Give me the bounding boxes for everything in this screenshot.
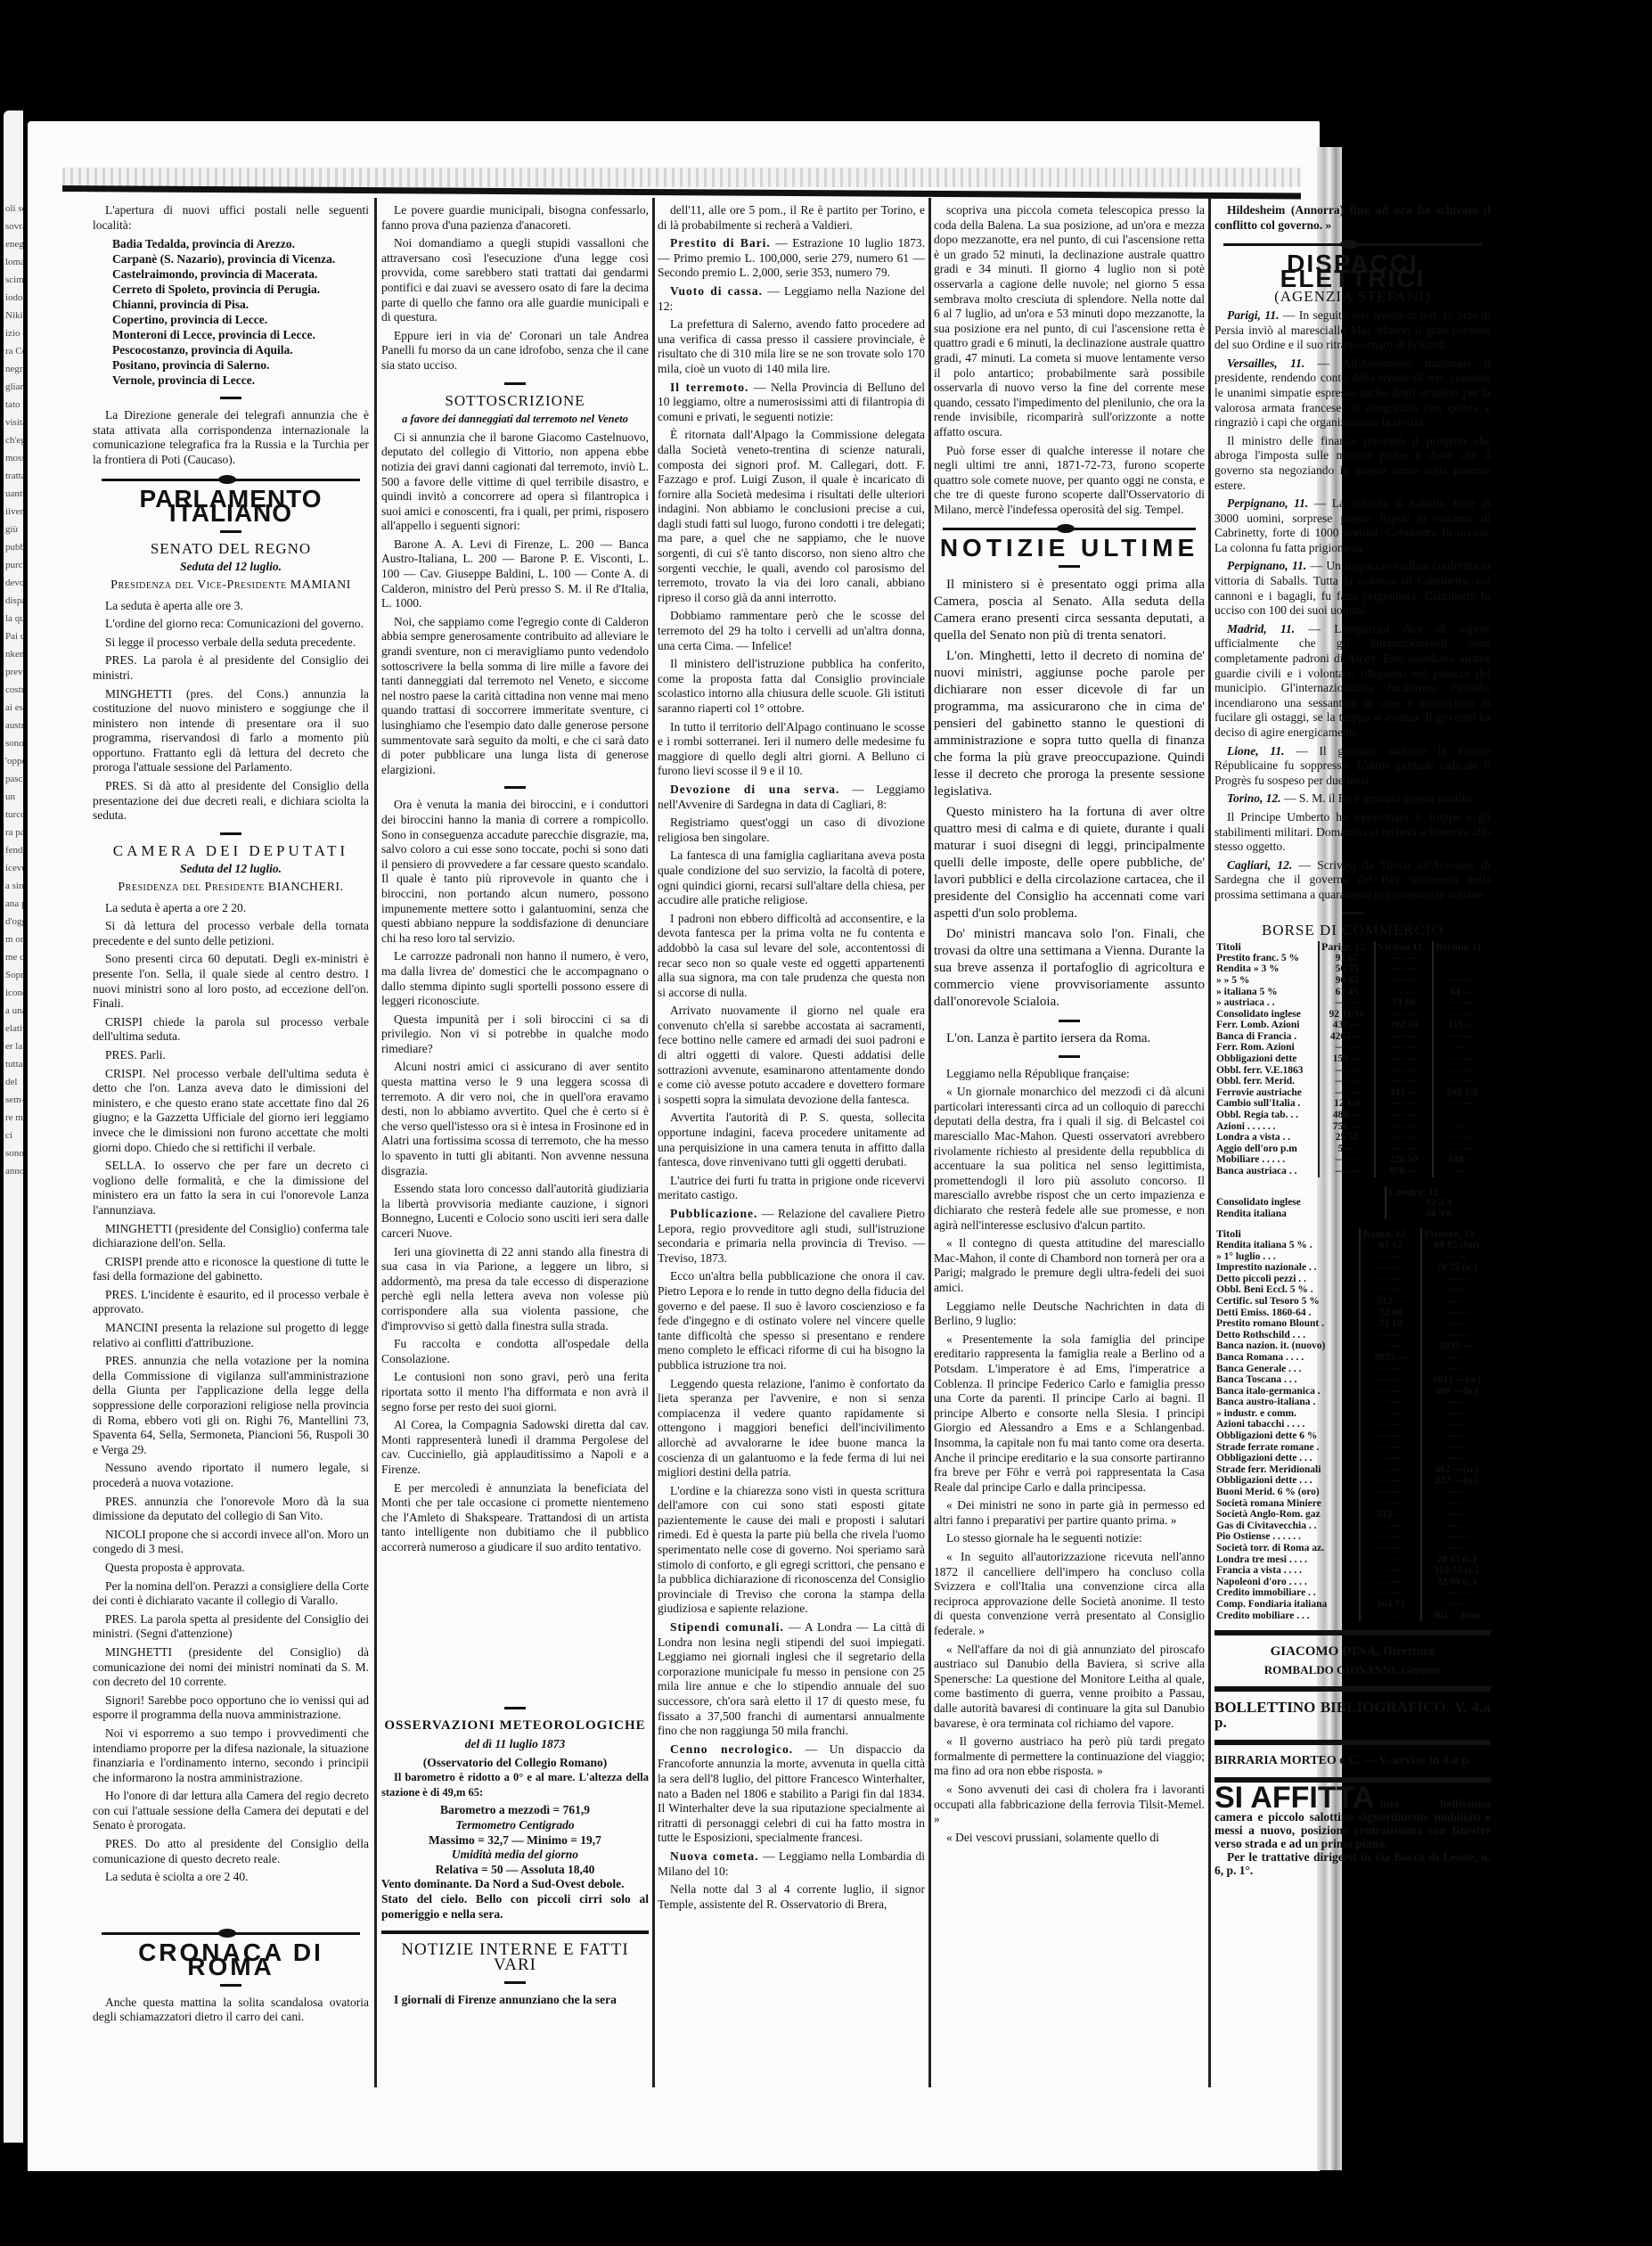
quote-value: — —: [1433, 997, 1491, 1009]
dispatch: Cagliari, 12. — Scrivesi da Tunisi all'A…: [1214, 858, 1491, 903]
news-item: L'ordine e la chiarezza sono visti in qu…: [658, 1484, 925, 1617]
bollettino-notice: BOLLETTINO BIBLIOGRAFICO. V. 4.a p.: [1214, 1701, 1491, 1730]
table-row: Strade ferr. Meridionali— —462 —(n.): [1214, 1464, 1491, 1476]
table-row: Detto Rothschild . . .— —— —: [1214, 1330, 1491, 1341]
security-name: Buoni Merid. 6 % (oro): [1214, 1487, 1360, 1498]
dispatch: Torino, 12. — S. M. il Re è arrivato que…: [1214, 791, 1491, 807]
security-name: Rendita italiana 5 % .: [1214, 1240, 1360, 1251]
heavy-rule: [1214, 1740, 1491, 1745]
dispacci-agency: (AGENZIA STEFANI): [1214, 290, 1491, 305]
paragraph: Ci si annunzia che il barone Giacomo Cas…: [381, 430, 649, 534]
quote-value: — —: [1421, 1274, 1491, 1285]
postal-office-item: Castelraimondo, provincia di Macerata.: [112, 266, 369, 282]
separator: [220, 530, 241, 533]
table-row: Rendita italiana 5 % .67 6269 85 (fm): [1214, 1240, 1491, 1251]
camera-paragraph: La seduta è aperta a ore 2 20.: [93, 901, 369, 916]
news-paragraph: Al Corea, la Compagnia Sadowski diretta …: [381, 1418, 649, 1477]
quote-value: — —: [1421, 1352, 1491, 1364]
quote-value: — —: [1433, 1143, 1491, 1155]
table-row: Mobiliare . . . . .— —220 50188 —: [1214, 1154, 1491, 1166]
quote-value: 12 1/4: [1319, 1098, 1375, 1110]
security-name: Società romana Miniere: [1214, 1498, 1360, 1510]
security-name: Banca austriaca . .: [1214, 1166, 1319, 1177]
item-lead: Pubblicazione.: [670, 1207, 757, 1220]
table-row: Francia a vista . . . .— —112 75 (c.): [1214, 1565, 1491, 1577]
security-name: Cambio sull'Italia .: [1214, 1098, 1319, 1110]
security-name: Strade ferrate romane .: [1214, 1442, 1360, 1454]
camera-paragraph: La seduta è sciolta a ore 2 40.: [93, 1870, 369, 1885]
camera-paragraph: CRISPI. Nel processo verbale dell'ultima…: [93, 1067, 369, 1156]
table-row: Azioni tabacchi . . . .— —— —: [1214, 1419, 1491, 1430]
quote-value: — —: [1375, 1009, 1433, 1021]
quote-value: 515 —: [1360, 1509, 1421, 1521]
heavy-rule: [1214, 1686, 1491, 1692]
dispatch: Il ministro delle finanze presentò il pr…: [1214, 434, 1491, 493]
quote-value: — —: [1319, 1154, 1375, 1166]
table-row: Credito mobiliare . . .— —961 —(fm): [1214, 1611, 1491, 1622]
table-header: Titoli: [1214, 1228, 1360, 1240]
camera-paragraph: Per la nomina dell'on. Perazzi a consigl…: [93, 1579, 369, 1609]
dispatch: Versailles, 11. — All'Assemblea nazional…: [1214, 357, 1491, 430]
quote-value: — —: [1421, 1408, 1491, 1420]
security-name: Azioni tabacchi . . . .: [1214, 1419, 1360, 1430]
quote-value: — —: [1375, 1065, 1433, 1077]
item-lead: Prestito di Bari.: [670, 236, 771, 250]
table-row: Banca austriaca . .— —976 ——: [1214, 1166, 1491, 1177]
senato-paragraph: Si legge il processo verbale della sedut…: [93, 635, 369, 651]
quote-value: — —: [1421, 1251, 1491, 1263]
quote-value: — —: [1319, 1076, 1375, 1087]
security-name: Banca nazion. it. (nuovo): [1214, 1340, 1360, 1352]
quote-value: — —: [1360, 1340, 1421, 1352]
quote-value: — —: [1360, 1274, 1421, 1285]
separator: [1059, 565, 1080, 568]
sottoscrizione-article: Ci si annunzia che il barone Giacomo Cas…: [381, 430, 649, 778]
paragraph: Leggiamo nelle Deutsche Nachrichten in d…: [934, 1299, 1205, 1329]
quote-value: — —: [1421, 1587, 1491, 1599]
security-name: Consolidato inglese: [1214, 1009, 1319, 1021]
notizie-ultime-text: Il ministero si è presentato oggi prima …: [934, 577, 1205, 1011]
news-item: Vuoto di cassa. — Leggiamo nella Nazione…: [658, 284, 925, 314]
separator: [220, 1984, 241, 1987]
senato-paragraph: PRES. La parola è al presidente del Cons…: [93, 653, 369, 683]
table-row: Pio Ostiense . . . . . .— —— —: [1214, 1531, 1491, 1543]
news-items: dell'11, alle ore 5 pom., il Re è partit…: [658, 203, 925, 1912]
quote-value: — —: [1319, 1166, 1375, 1177]
quote-value: — —: [1375, 987, 1433, 998]
quote-value: 72 90: [1360, 1307, 1421, 1319]
quote-value: — —: [1375, 1110, 1433, 1121]
table-row: Banca italo-germanica .— —490 —(n.): [1214, 1386, 1491, 1398]
dispatch: Il Principe Umberto ha ispezionato le tr…: [1214, 810, 1491, 855]
parlamento-heading: PARLAMENTO ITALIANO: [93, 492, 369, 521]
separator: [220, 832, 241, 835]
affitta-advertisement: SI AFFITTAuna bellissima camera e piccol…: [1214, 1791, 1491, 1877]
quote-value: 480 —: [1319, 1110, 1375, 1121]
table-row: Napoleoni d'oro . . . .— —22 80 (c.): [1214, 1577, 1491, 1588]
camera-paragraph: Ho l'onore di dar lettura alla Camera de…: [93, 1789, 369, 1833]
security-name: Comp. Fondiaria italiana: [1214, 1599, 1360, 1611]
security-name: Londra a vista . .: [1214, 1132, 1319, 1143]
table-row: Ferrovie austriache— —343 —203 1/2: [1214, 1087, 1491, 1099]
quote-value: 220 50: [1375, 1154, 1433, 1166]
quote-value: — —: [1433, 1132, 1491, 1143]
news-item: L'autrice dei furti fu tratta in prigion…: [658, 1174, 925, 1203]
news-item: Nella notte dal 3 al 4 corrente luglio, …: [658, 1882, 925, 1912]
table-row: » italiana 5 %61 45— —61 —: [1214, 987, 1491, 998]
camera-paragraph: NICOLI propone che si accordi invece all…: [93, 1528, 369, 1557]
security-name: Obbligazioni dette: [1214, 1053, 1319, 1065]
birraria-notice: BIRRARIA MORTEO e C. — V. avviso in 4.a …: [1214, 1754, 1491, 1769]
quote-value: — —: [1375, 1098, 1433, 1110]
postal-offices-intro: L'apertura di nuovi uffici postali nelle…: [93, 203, 369, 233]
security-name: Ferr. Lomb. Azioni: [1214, 1020, 1319, 1031]
news-item: Stipendi comunali. — A Londra — La città…: [658, 1620, 925, 1739]
quote-value: — —: [1360, 1251, 1421, 1263]
security-name: Consolidato inglese: [1214, 1197, 1386, 1209]
security-name: Detti Emiss. 1860-64 .: [1214, 1307, 1360, 1319]
dispatch: Parigi, 11. — In seguito alla rivista di…: [1214, 308, 1491, 353]
camera-paragraph: PRES. annunzia che nella votazione per l…: [93, 1354, 369, 1457]
paragraph: « In seguito all'autorizzazione ricevuta…: [934, 1550, 1205, 1639]
table-row: Consolidato inglese92 11/16— —— —: [1214, 1009, 1491, 1021]
dispatch-dateline: Madrid, 11.: [1227, 622, 1295, 635]
deutsche-nachrichten-article: Leggiamo nelle Deutsche Nachrichten in d…: [934, 1299, 1205, 1846]
cronaca-text: Anche questa mattina la solita scandalos…: [93, 1996, 369, 2025]
paragraph: Noi, che sappiamo come l'egregio conte d…: [381, 615, 649, 778]
news-paragraph: Le carrozze padronali non hanno il numer…: [381, 949, 649, 1008]
news-item: I padroni non ebbero difficoltà ad accon…: [658, 912, 925, 1001]
quote-value: 69 85 (fm): [1421, 1240, 1491, 1251]
news-item: In tutto il territorio dell'Alpago conti…: [658, 720, 925, 779]
table-row: Credito immobiliare . .— —— —: [1214, 1587, 1491, 1599]
news-paragraph: Le contusioni non sono gravi, però una f…: [381, 1370, 649, 1414]
table-row: Rendita italiana60 3/8: [1214, 1209, 1491, 1220]
table-header: Titoli: [1214, 941, 1319, 953]
quote-value: — —: [1375, 953, 1433, 964]
camera-paragraph: Signori! Sarebbe poco opportuno che io v…: [93, 1693, 369, 1723]
sky-reading: Stato del cielo. Bello con piccoli cirri…: [381, 1892, 649, 1922]
security-name: Credito mobiliare . . .: [1214, 1611, 1360, 1622]
meteo-heading: OSSERVAZIONI METEOROLOGICHE: [381, 1718, 649, 1734]
dispatch-dateline: Perpignano, 11.: [1227, 559, 1306, 572]
news-item: Leggendo questa relazione, l'animo è con…: [658, 1377, 925, 1480]
paragraph: Do' ministri mancava solo l'on. Finali, …: [934, 926, 1205, 1011]
quote-value: — —: [1421, 1487, 1491, 1498]
quote-value: — —: [1421, 1453, 1491, 1464]
quote-value: — —: [1360, 1577, 1421, 1588]
quote-value: — —: [1421, 1307, 1491, 1319]
quote-value: — —: [1360, 1487, 1421, 1498]
quote-value: 188 —: [1433, 1154, 1491, 1166]
news-item: Devozione di una serva. — Leggiamo nell'…: [658, 783, 925, 812]
table-row: Società Anglo-Rom. gaz515 —— —: [1214, 1509, 1491, 1521]
table-row: Banca Toscana . . .— —1645 —(n.): [1214, 1374, 1491, 1386]
table-header: [1214, 1186, 1386, 1198]
london-quotes-table: Londra, 11Consolidato inglese92 3/4Rendi…: [1214, 1186, 1491, 1220]
quote-value: 976 —: [1375, 1166, 1433, 1177]
affitta-heading: SI AFFITTA: [1214, 1791, 1374, 1805]
quote-value: 159 —: [1319, 1053, 1375, 1065]
paragraph: Noi domandiamo a quegli stupidi vassallo…: [381, 236, 649, 325]
senato-presidency: Presidenza del Vice-Presidente MAMIANI: [93, 578, 369, 594]
item-lead: Nuova cometa.: [670, 1849, 759, 1863]
security-name: Rendita » 3 %: [1214, 963, 1319, 975]
quote-value: 92 11/16: [1319, 1009, 1375, 1021]
paragraph: « Dei ministri ne sono in parte già in p…: [934, 1498, 1205, 1528]
quote-value: — —: [1360, 1587, 1421, 1599]
quote-value: — —: [1421, 1419, 1491, 1430]
quote-value: — —: [1421, 1521, 1491, 1532]
paragraph: Barone A. A. Levi di Firenze, L. 200 — B…: [381, 537, 649, 611]
quote-value: 61 —: [1433, 987, 1491, 998]
security-name: Prestito franc. 5 %: [1214, 953, 1319, 964]
security-name: Banca italo-germanica .: [1214, 1386, 1360, 1398]
quote-value: — —: [1433, 1065, 1491, 1077]
thermometer-reading: Massimo = 32,7 — Minimo = 19,7: [381, 1833, 649, 1848]
table-row: Detto piccoli pezzi . .— —— —: [1214, 1274, 1491, 1285]
news-paragraph: Essendo stata loro concesso dall'autorit…: [381, 1182, 649, 1241]
senato-paragraph: L'ordine del giorno reca: Comunicazioni …: [93, 617, 369, 632]
previous-page-edge: oli sonosovraneenegrinolomaticoscimentoi…: [4, 111, 23, 2143]
quote-value: — —: [1360, 1453, 1421, 1464]
security-name: Francia a vista . . . .: [1214, 1565, 1360, 1577]
security-name: » industr. e comm.: [1214, 1408, 1360, 1420]
quote-value: 2035 —: [1360, 1352, 1421, 1364]
camera-paragraph: Questa proposta è approvata.: [93, 1561, 369, 1576]
table-row: Obbligazioni dette159 —— —— —: [1214, 1053, 1491, 1065]
ornamental-rule: [943, 528, 1196, 530]
table-row: Azioni . . . . . .756 —— ——: [1214, 1121, 1491, 1133]
quote-value: — —: [1421, 1430, 1491, 1442]
news-item: Arrivato nuovamente il giorno nel quale …: [658, 1004, 925, 1107]
postal-office-item: Cerreto di Spoleto, provincia di Perugia…: [112, 282, 369, 297]
camera-paragraph: PRES. La parola spetta al presidente del…: [93, 1612, 369, 1642]
news-paragraph: Alcuni nostri amici ci assicurano di ave…: [381, 1060, 649, 1178]
column-rule: [1208, 198, 1211, 2087]
table-row: Prestito romano Blount .71 10— —: [1214, 1318, 1491, 1330]
borse-heading: BORSE DI COMMERCIO: [1214, 923, 1491, 939]
camera-report: La seduta è aperta a ore 2 20.Si dà lett…: [93, 901, 369, 1922]
table-row: Obbl. ferr. Merid.— —— —— —: [1214, 1076, 1491, 1087]
senato-paragraph: La seduta è aperta alle ore 3.: [93, 599, 369, 614]
postal-office-item: Positano, provincia di Salerno.: [112, 357, 369, 373]
paragraph: « Il governo austriaco ha però più tardi…: [934, 1734, 1205, 1779]
header-remnant-band: [62, 168, 1301, 187]
table-row: Gas di Civitavecchia . .— —— —: [1214, 1521, 1491, 1532]
item-lead: Il terremoto.: [670, 381, 748, 394]
quote-value: — —: [1421, 1296, 1491, 1307]
senato-heading: SENATO DEL REGNO: [93, 542, 369, 557]
camera-paragraph: PRES. Do atto al presidente del Consigli…: [93, 1837, 369, 1866]
paragraph: « Nell'affare da noi di già annunziato d…: [934, 1643, 1205, 1732]
column-2: Le povere guardie municipali, bisogna co…: [381, 203, 649, 2084]
table-row: Londra a vista . .25 52— —— —: [1214, 1132, 1491, 1143]
item-lead: Vuoto di cassa.: [670, 284, 763, 298]
postal-office-item: Pescocostanzo, provincia di Aquila.: [112, 342, 369, 357]
quote-value: 92 3/4: [1386, 1197, 1491, 1209]
paragraph: L'on. Minghetti, letto il decreto di nom…: [934, 648, 1205, 800]
separator: [1342, 912, 1363, 914]
separator: [504, 1981, 526, 1984]
camera-paragraph: MANCINI presenta la relazione sul proget…: [93, 1321, 369, 1350]
quote-value: — —: [1360, 1419, 1421, 1430]
humidity-label: Umidità media del giorno: [381, 1848, 649, 1863]
republique-article: Leggiamo nella République française:« Un…: [934, 1067, 1205, 1296]
quote-value: — —: [1360, 1330, 1421, 1341]
affitta-contact: Per le trattative dirigersi in via Bocca…: [1214, 1850, 1491, 1877]
notizie-ultime-heading: NOTIZIE ULTIME: [934, 541, 1205, 556]
barometer-reading: Barometro a mezzodì = 761,9: [381, 1803, 649, 1818]
security-name: Obbligazioni dette . . .: [1214, 1475, 1360, 1487]
security-name: Strade ferr. Meridionali: [1214, 1464, 1360, 1476]
dispatch: Lione, 11. — Il giornale radicale la Fra…: [1214, 744, 1491, 789]
news-item: Dobbiamo rammentare però che le scosse d…: [658, 609, 925, 653]
table-header: Parigi, 12: [1319, 941, 1375, 953]
paragraph: « Il contegno di questa attitudine del m…: [934, 1236, 1205, 1295]
table-header: Firenze, 12: [1421, 1228, 1491, 1240]
quote-value: — —: [1360, 1442, 1421, 1454]
news-item: Pubblicazione. — Relazione del cavaliere…: [658, 1207, 925, 1266]
quote-value: — —: [1375, 1132, 1433, 1143]
camera-date: Seduta del 12 luglio.: [93, 862, 369, 877]
paragraph: Lo stesso giornale ha le seguenti notizi…: [934, 1531, 1205, 1546]
table-row: Obbligazioni dette . . .— —232 —(n.): [1214, 1475, 1491, 1487]
paragraph: « Dei vescovi prussiani, solamente quell…: [934, 1831, 1205, 1846]
meteo-date: del dì 11 luglio 1873: [381, 1737, 649, 1752]
quote-value: 2035 —: [1421, 1340, 1491, 1352]
quote-value: — —: [1360, 1430, 1421, 1442]
quote-value: 961 —(fm): [1421, 1611, 1491, 1622]
camera-paragraph: Sono presenti circa 60 deputati. Degli e…: [93, 952, 369, 1011]
security-name: Obbl. ferr. Merid.: [1214, 1076, 1319, 1087]
quote-value: — —: [1433, 1076, 1491, 1087]
paragraph: Questo ministero ha la fortuna di aver o…: [934, 804, 1205, 922]
postal-office-item: Vernole, provincia di Lecce.: [112, 373, 369, 388]
table-row: Ferr. Lomb. Azioni437 —192 50115 —: [1214, 1020, 1491, 1031]
table-header: Vienna 11: [1375, 941, 1433, 953]
hildesheim-text: Hildesheim (Annorra) fino ad ora ha schi…: [1214, 203, 1491, 233]
quote-value: —: [1433, 1166, 1491, 1177]
news-item: Avvertita l'autorità di P. S. questa, so…: [658, 1111, 925, 1169]
quote-value: 232 —(n.): [1421, 1475, 1491, 1487]
quote-value: — —: [1360, 1611, 1421, 1622]
security-name: » austriaca . .: [1214, 997, 1319, 1009]
table-row: Aggio dell'oro p.m5 —— —— —: [1214, 1143, 1491, 1155]
table-row: Banca nazion. it. (nuovo)— —2035 —: [1214, 1340, 1491, 1352]
table-row: » » 5 %90 85— —— —: [1214, 975, 1491, 987]
ornamental-rule: [1223, 243, 1482, 246]
camera-paragraph: PRES. L'incidente è esaurito, ed il proc…: [93, 1288, 369, 1317]
quote-value: — —: [1360, 1565, 1421, 1577]
security-name: Azioni . . . . . .: [1214, 1121, 1319, 1133]
stock-exchange-table: TitoliParigi, 12Vienna 11Berlino 11Prest…: [1214, 941, 1491, 1176]
dispatch-dateline: Parigi, 11.: [1227, 308, 1279, 322]
quote-value: 22 80 (c.): [1421, 1577, 1491, 1588]
security-name: Società torr. di Roma az.: [1214, 1543, 1360, 1554]
quote-value: 56 35: [1319, 963, 1375, 975]
table-row: Imprestito nazionale . .— —70 75 (n.): [1214, 1262, 1491, 1274]
quote-value: — —: [1421, 1284, 1491, 1296]
wind-reading: Vento dominante. Da Nord a Sud-Ovest deb…: [381, 1877, 649, 1892]
news-item: Il ministero dell'istruzione pubblica ha…: [658, 657, 925, 716]
news-item: Nuova cometa. — Leggiamo nella Lombardia…: [658, 1849, 925, 1879]
quote-value: —: [1433, 1042, 1491, 1053]
senato-date: Seduta del 12 luglio.: [93, 560, 369, 575]
quote-value: 112 75 (c.): [1421, 1565, 1491, 1577]
security-name: Rendita italiana: [1214, 1209, 1386, 1220]
table-row: Prestito franc. 5 %91 67— —: [1214, 953, 1491, 964]
column-rule: [652, 198, 655, 2087]
camera-paragraph: CRISPI chiede la parola sul processo ver…: [93, 1015, 369, 1045]
security-name: Banca Romana . . . .: [1214, 1352, 1360, 1364]
quote-value: 343 —: [1375, 1087, 1433, 1099]
dispatch: Madrid, 11. — L'Imparcial dice di sapere…: [1214, 622, 1491, 741]
news-item: La prefettura di Salerno, avendo fatto p…: [658, 317, 925, 376]
quote-value: — —: [1360, 1386, 1421, 1398]
quote-value: 61 45: [1319, 987, 1375, 998]
paragraph: Può forse esser di qualche interesse il …: [934, 444, 1205, 518]
table-row: » 1° luglio . . .— —— —: [1214, 1251, 1491, 1263]
comet-article: scopriva una piccola cometa telescopica …: [934, 203, 1205, 517]
table-row: Ferr. Rom. Azioni— —— ——: [1214, 1042, 1491, 1053]
quote-value: 28 45 (c.): [1421, 1554, 1491, 1566]
quote-value: — —: [1360, 1498, 1421, 1510]
table-row: Obbligazioni dette . . .— —— —: [1214, 1453, 1491, 1464]
column-5: Hildesheim (Annorra) fino ad ora ha schi…: [1214, 203, 1491, 2084]
quote-value: — —: [1360, 1531, 1421, 1543]
news-paragraph: Fu raccolta e condotta all'ospedale dell…: [381, 1337, 649, 1366]
table-row: Obbl. ferr. V.E.1863— —— —— —: [1214, 1065, 1491, 1077]
quote-value: 1645 —(n.): [1421, 1374, 1491, 1386]
news-item: Ecco un'altra bella pubblicazione che on…: [658, 1269, 925, 1373]
quote-value: 192 50: [1375, 1020, 1433, 1031]
security-name: Napoleoni d'oro . . . .: [1214, 1577, 1360, 1588]
quote-value: — —: [1360, 1475, 1421, 1487]
camera-paragraph: PRES. annunzia che l'onorevole Moro dà l…: [93, 1495, 369, 1524]
news-item: Registriamo quest'oggi un caso di divozi…: [658, 816, 925, 845]
dispatch-dateline: Perpignano, 11.: [1227, 496, 1308, 510]
quote-value: 462 —(n.): [1421, 1464, 1491, 1476]
news-paragraph: Ieri una giovinetta di 22 anni stando al…: [381, 1245, 649, 1334]
security-name: Detto piccoli pezzi . .: [1214, 1274, 1360, 1285]
postal-office-item: Monteroni di Lecce, provincia di Lecce.: [112, 327, 369, 342]
quote-value: — —: [1375, 1031, 1433, 1043]
table-row: Società torr. di Roma az.— —— —: [1214, 1543, 1491, 1554]
humidity-reading: Relativa = 50 — Assoluta 18,40: [381, 1863, 649, 1878]
security-name: Obbligazioni dette 6 %: [1214, 1430, 1360, 1442]
paragraph: scopriva una piccola cometa telescopica …: [934, 203, 1205, 440]
quote-value: — —: [1360, 1464, 1421, 1476]
security-name: Ferr. Rom. Azioni: [1214, 1042, 1319, 1053]
quote-value: — —: [1375, 1053, 1433, 1065]
camera-heading: CAMERA DEI DEPUTATI: [93, 844, 369, 859]
quote-value: 5 —: [1319, 1143, 1375, 1155]
meteo-note: Il barometro è ridotto a 0° e al mare. L…: [381, 1770, 649, 1799]
news-item: La fantesca di una famiglia cagliaritana…: [658, 848, 925, 907]
security-name: » » 5 %: [1214, 975, 1319, 987]
quote-value: —: [1433, 1121, 1491, 1133]
table-row: Buoni Merid. 6 % (oro)— —— —: [1214, 1487, 1491, 1498]
paragraph: Leggiamo nella République française:: [934, 1067, 1205, 1082]
quote-value: 67 62: [1360, 1240, 1421, 1251]
dispatches: Parigi, 11. — In seguito alla rivista di…: [1214, 308, 1491, 903]
security-name: Imprestito nazionale . .: [1214, 1262, 1360, 1274]
quote-value: — —: [1421, 1318, 1491, 1330]
table-row: Obbligazioni dette 6 %— —— —: [1214, 1430, 1491, 1442]
dispatch: Perpignano, 11. — La colonna di Saballs,…: [1214, 496, 1491, 555]
paragraph: « Sono avvenuti dei casi di cholera fra …: [934, 1783, 1205, 1827]
